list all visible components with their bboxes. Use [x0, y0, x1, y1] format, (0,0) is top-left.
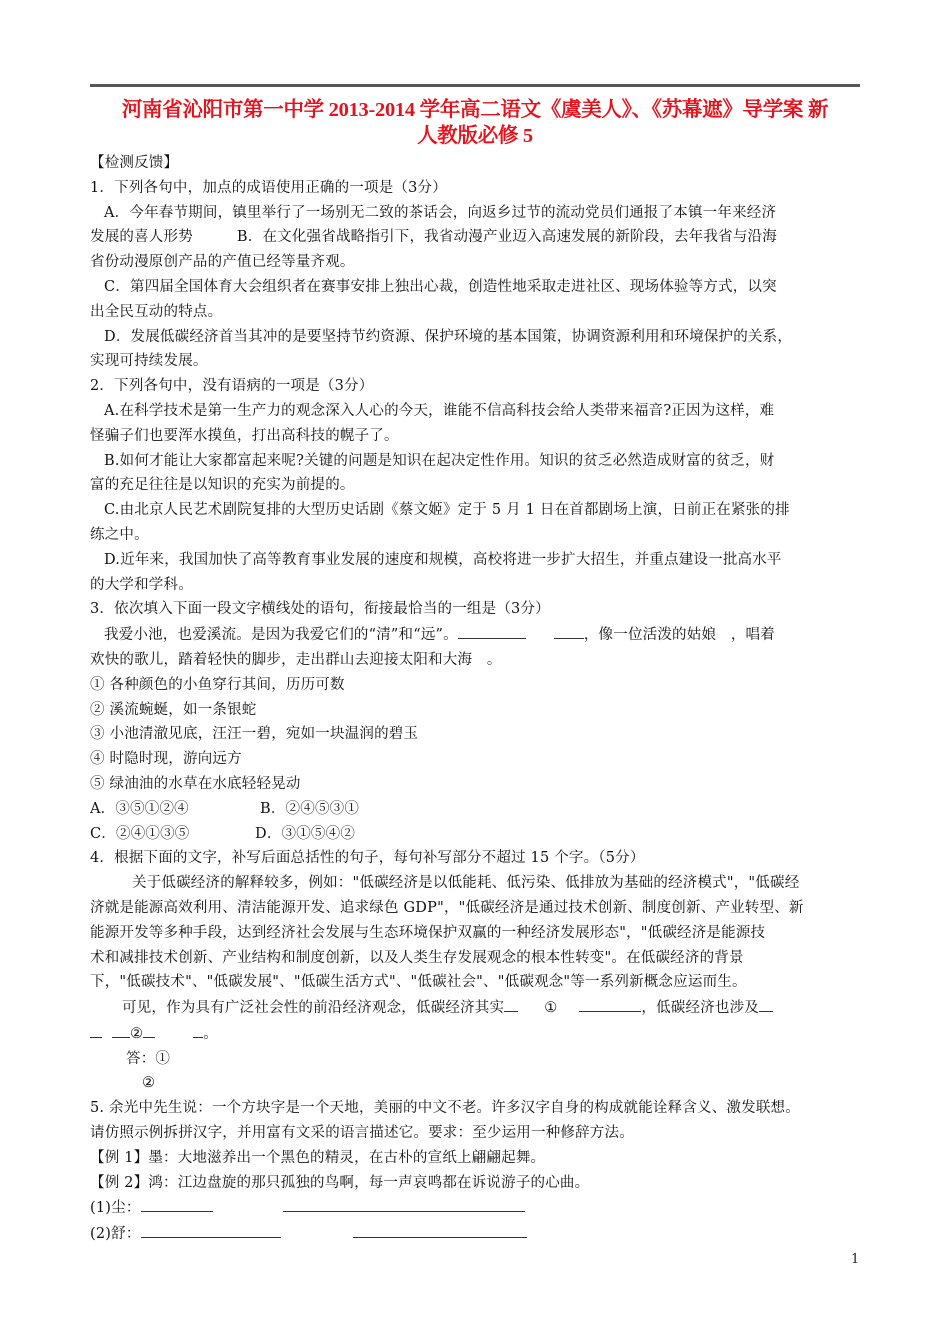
q1-option-a-b-line: 发展的喜人形势B．在文化强省战略指引下，我省动漫产业迈入高速发展的新阶段，去年我… [90, 225, 860, 250]
q3-option-b: B．②④⑤③① [260, 797, 359, 822]
q3-option-a: A．③⑤①②④ [90, 797, 260, 822]
q4-answer-label: 答：① [90, 1047, 860, 1072]
q4-blank-mark-2: ② [130, 1026, 143, 1042]
q4-stem: 4．根据下面的文字，补写后面总括性的句子，每句补写部分不超过 15 个字。（5分… [90, 846, 860, 871]
q4-blank-mark-1: ① [544, 1000, 557, 1016]
q3-item-4: ④ 时隐时现，游向远方 [90, 747, 860, 772]
q1-option-c-line1: C．第四届全国体育大会组织者在赛事安排上独出心裁，创造性地采取走进社区、现场体验… [90, 275, 860, 300]
document-title: 河南省沁阳市第一中学 2013-2014 学年高二语文《虞美人》、《苏幕遮》导学… [90, 97, 860, 149]
q4-answer-mark-2: ② [90, 1071, 860, 1096]
q5-item-2-label: (2)舒： [90, 1226, 141, 1242]
q5-item-1: (1)尘： [90, 1195, 860, 1221]
q2-option-d-line1: D.近年来，我国加快了高等教育事业发展的速度和规模，高校将进一步扩大招生，并重点… [90, 548, 860, 573]
q5-example-1: 【例 1】墨：大地滋养出一个黑色的精灵，在古朴的宣纸上翩翩起舞。 [90, 1146, 860, 1171]
q2-option-d-line2: 的大学和学科。 [90, 573, 860, 598]
page-number: 1 [851, 1252, 859, 1267]
q5-item-2-blank-b[interactable] [353, 1221, 527, 1238]
q1-option-b-line1: B．在文化强省战略指引下，我省动漫产业迈入高速发展的新阶段，去年我省与沿海 [237, 229, 777, 245]
q4-paragraph-line3: 能源开发等多种手段，达到经济社会发展与生态环境保护双赢的一种经济发展形态"，"低… [90, 921, 860, 946]
q3-fill-blank-2[interactable] [554, 622, 584, 639]
q2-option-b-line1: B.如何才能让大家都富起来呢?关键的问题是知识在起决定性作用。知识的贫乏必然造成… [90, 449, 860, 474]
q4-fill-end: 。 [203, 1026, 218, 1042]
q4-blank-1a[interactable] [504, 995, 518, 1012]
q5-item-1-blank-b[interactable] [283, 1195, 525, 1212]
q3-option-c: C．②④①③⑤ [90, 822, 255, 847]
q3-options-row-1: A．③⑤①②④B．②④⑤③① [90, 797, 860, 822]
q1-option-a-line2: 发展的喜人形势 [90, 229, 193, 245]
q5-item-1-blank-a[interactable] [141, 1195, 213, 1212]
document-page: 河南省沁阳市第一中学 2013-2014 学年高二语文《虞美人》、《苏幕遮》导学… [90, 84, 860, 1247]
header-rule [90, 84, 860, 87]
q3-passage-line2: 欢快的歌儿，踏着轻快的脚步，走出群山去迎接太阳和大海 。 [90, 648, 860, 673]
q1-option-b-line2: 省份动漫原创产品的产值已经等量齐观。 [90, 250, 860, 275]
q3-item-3: ③ 小池清澈见底，汪汪一碧，宛如一块温润的碧玉 [90, 722, 860, 747]
q4-paragraph-line4: 术和减排技术创新、产业结构和制度创新，以及人类生存发展观念的根本性转变"。在低碳… [90, 946, 860, 971]
q2-option-c-line1: C.由北京人民艺术剧院复排的大型历史话剧《蔡文姬》定于 5 月 1 日在首都剧场… [90, 498, 860, 523]
title-line-1: 河南省沁阳市第一中学 2013-2014 学年高二语文《虞美人》、《苏幕遮》导学… [90, 97, 860, 123]
q2-option-a-line2: 怪骗子们也要浑水摸鱼，打出高科技的幌子了。 [90, 424, 860, 449]
q3-passage-part2: ，像一位活泼的姑娘 ，唱着 [584, 627, 775, 643]
q4-paragraph-line2: 济就是能源高效利用、清洁能源开发、追求绿色 GDP"，"低碳经济是通过技术创新、… [90, 896, 860, 921]
q5-stem-line1: 5. 余光中先生说：一个方块字是一个天地，美丽的中文不老。许多汉字自身的构成就能… [90, 1096, 860, 1121]
q5-example-2: 【例 2】鸿：江边盘旋的那只孤独的鸟啊，每一声哀鸣都在诉说游子的心曲。 [90, 1171, 860, 1196]
q3-fill-blank-1[interactable] [458, 622, 526, 639]
q3-item-1: ① 各种颜色的小鱼穿行其间，历历可数 [90, 673, 860, 698]
q4-blank-2a[interactable] [759, 995, 773, 1012]
q3-passage-line1: 我爱小池，也爱溪流。是因为我爱它们的“清”和“远”。，像一位活泼的姑娘 ，唱着 [90, 622, 860, 648]
q4-paragraph-line1: 关于低碳经济的解释较多，例如："低碳经济是以低能耗、低污染、低排放为基础的经济模… [90, 871, 860, 896]
q1-stem: 1．下列各句中，加点的成语使用正确的一项是（3分） [90, 176, 860, 201]
title-line-2: 人教版必修 5 [90, 123, 860, 149]
q5-item-2-blank-a[interactable] [141, 1221, 281, 1238]
q1-option-d-line1: D．发展低碳经济首当其冲的是要坚持节约资源、保护环境的基本国策，协调资源利用和环… [90, 325, 860, 350]
q4-fill-text-1: 可见，作为具有广泛社会性的前沿经济观念，低碳经济其实 [122, 1000, 504, 1016]
section-heading: 【检测反馈】 [90, 151, 860, 176]
q2-option-a-line1: A.在科学技术是第一生产力的观念深入人心的今天，谁能不信高科技会给人类带来福音?… [90, 399, 860, 424]
q2-stem: 2．下列各句中，没有语病的一项是（3分） [90, 374, 860, 399]
q3-option-d: D．③①⑤④② [255, 822, 355, 847]
q1-option-d-line2: 实现可持续发展。 [90, 349, 860, 374]
q4-blank-2d[interactable] [143, 1021, 155, 1038]
q2-option-b-line2: 富的充足往往是以知识的充实为前提的。 [90, 473, 860, 498]
q4-blank-1b[interactable] [579, 995, 641, 1012]
q1-option-a-line1: A．今年春节期间，镇里举行了一场别无二致的茶话会，向返乡过节的流动党员们通报了本… [90, 201, 860, 226]
q4-fill-line1: 可见，作为具有广泛社会性的前沿经济观念，低碳经济其实①，低碳经济也涉及 [90, 995, 860, 1021]
q4-fill-text-2: ，低碳经济也涉及 [641, 1000, 759, 1016]
q1-option-c-line2: 出全民互动的特点。 [90, 300, 860, 325]
q2-option-c-line2: 练之中。 [90, 523, 860, 548]
q5-item-1-label: (1)尘： [90, 1200, 141, 1216]
q3-stem: 3．依次填入下面一段文字横线处的语句，衔接最恰当的一组是（3分） [90, 597, 860, 622]
q4-blank-2e[interactable] [193, 1021, 203, 1038]
q4-blank-2b[interactable] [90, 1021, 102, 1038]
q4-paragraph-line5: 下，"低碳技术"、"低碳发展"、"低碳生活方式"、"低碳社会"、"低碳观念"等一… [90, 970, 860, 995]
q3-options-row-2: C．②④①③⑤D．③①⑤④② [90, 822, 860, 847]
q5-stem-line2: 请仿照示例拆拼汉字，并用富有文采的语言描述它。要求：至少运用一种修辞方法。 [90, 1121, 860, 1146]
q4-fill-line2: ②。 [90, 1021, 860, 1047]
q3-item-2: ② 溪流蜿蜒，如一条银蛇 [90, 698, 860, 723]
q3-item-5: ⑤ 绿油油的水草在水底轻轻晃动 [90, 772, 860, 797]
q3-passage-part1: 我爱小池，也爱溪流。是因为我爱它们的“清”和“远”。 [104, 627, 458, 643]
q5-item-2: (2)舒： [90, 1221, 860, 1247]
q4-blank-2c[interactable] [112, 1021, 130, 1038]
